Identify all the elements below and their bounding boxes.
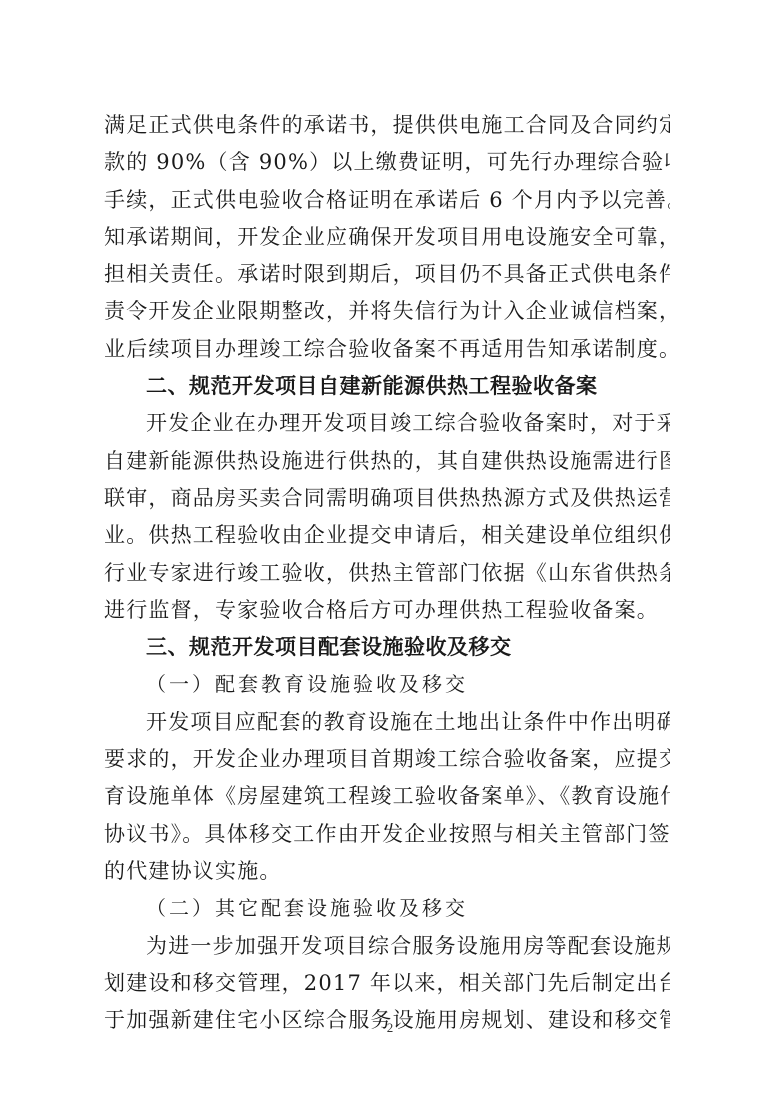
paragraph-line: 划建设和移交管理，2017 年以来，相关部门先后制定出台了《关 (104, 965, 670, 1002)
paragraph-line: 满足正式供电条件的承诺书，提供供电施工合同及合同约定价 (104, 107, 670, 144)
paragraph-line: 手续，正式供电验收合格证明在承诺后 6 个月内予以完善。告 (104, 182, 670, 219)
paragraph-line: 自建新能源供热设施进行供热的，其自建供热设施需进行图纸 (104, 443, 670, 480)
paragraph-line: 开发企业在办理开发项目竣工综合验收备案时，对于采取 (104, 405, 670, 442)
subsection-heading: （一）配套教育设施验收及移交 (104, 666, 670, 703)
paragraph-line: 进行监督，专家验收合格后方可办理供热工程验收备案。 (104, 592, 670, 629)
paragraph-line: 款的 90%（含 90%）以上缴费证明，可先行办理综合验收备案 (104, 144, 670, 181)
page-number: 2 (0, 1020, 780, 1036)
paragraph-line: 协议书》。具体移交工作由开发企业按照与相关主管部门签订 (104, 816, 670, 853)
paragraph-line: 开发项目应配套的教育设施在土地出让条件中作出明确 (104, 704, 670, 741)
paragraph-line: 要求的，开发企业办理项目首期竣工综合验收备案，应提交教 (104, 741, 670, 778)
paragraph-line: 育设施单体《房屋建筑工程竣工验收备案单》、《教育设施代建 (104, 778, 670, 815)
paragraph-line: 担相关责任。承诺时限到期后，项目仍不具备正式供电条件的， (104, 256, 670, 293)
document-page: 满足正式供电条件的承诺书，提供供电施工合同及合同约定价 款的 90%（含 90%… (104, 107, 670, 1039)
paragraph-line: 业。供热工程验收由企业提交申请后，相关建设单位组织供热 (104, 517, 670, 554)
paragraph-line: 责令开发企业限期整改，并将失信行为计入企业诚信档案，企 (104, 293, 670, 330)
paragraph-line: 行业专家进行竣工验收，供热主管部门依据《山东省供热条例》 (104, 555, 670, 592)
paragraph-line: 为进一步加强开发项目综合服务设施用房等配套设施规 (104, 928, 670, 965)
paragraph-line: 知承诺期间，开发企业应确保开发项目用电设施安全可靠，承 (104, 219, 670, 256)
paragraph-line: 业后续项目办理竣工综合验收备案不再适用告知承诺制度。 (104, 331, 670, 368)
paragraph-line: 的代建协议实施。 (104, 853, 670, 890)
subsection-heading: （二）其它配套设施验收及移交 (104, 890, 670, 927)
section-heading: 二、规范开发项目自建新能源供热工程验收备案 (104, 368, 670, 405)
paragraph-line: 联审，商品房买卖合同需明确项目供热热源方式及供热运营企 (104, 480, 670, 517)
section-heading: 三、规范开发项目配套设施验收及移交 (104, 629, 670, 666)
